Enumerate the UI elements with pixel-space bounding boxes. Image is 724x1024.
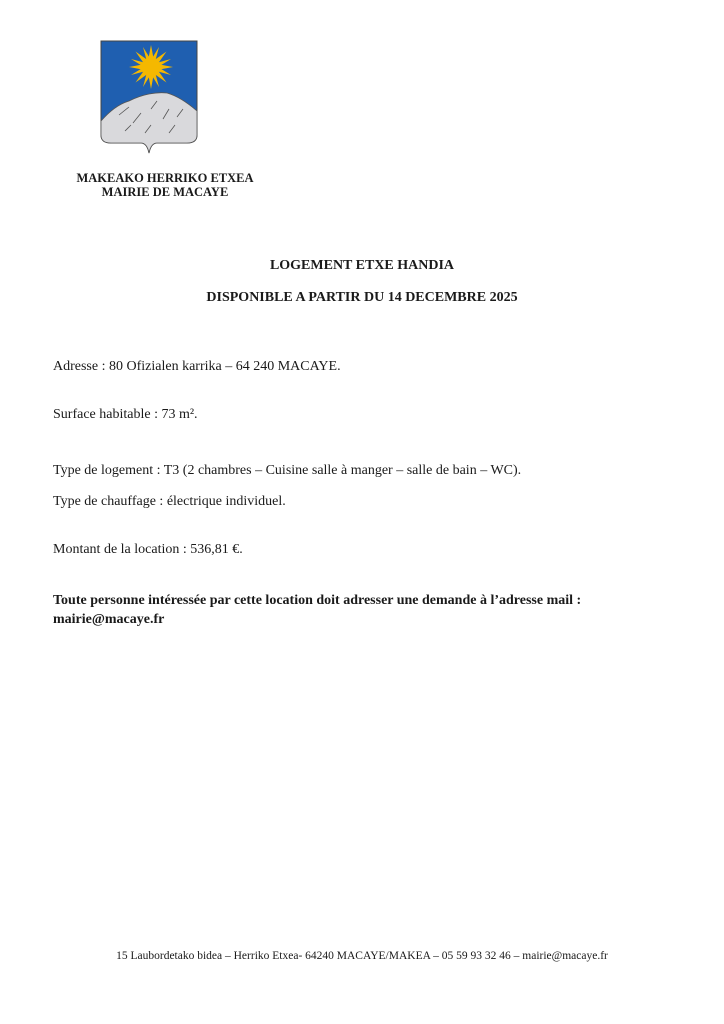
org-name-basque: MAKEAKO HERRIKO ETXEA [50, 171, 280, 186]
rent-line: Montant de la location : 536,81 €. [53, 542, 243, 558]
address-line: Adresse : 80 Ofizialen karrika – 64 240 … [53, 359, 341, 375]
document-title: LOGEMENT ETXE HANDIA [0, 258, 724, 274]
macaye-coat-of-arms-icon [99, 39, 199, 155]
notice-text: Toute personne intéressée par cette loca… [53, 591, 653, 610]
heating-type-line: Type de chauffage : électrique individue… [53, 494, 286, 510]
notice-email[interactable]: mairie@macaye.fr [53, 610, 653, 629]
surface-line: Surface habitable : 73 m². [53, 407, 198, 423]
contact-notice: Toute personne intéressée par cette loca… [53, 591, 653, 629]
org-name-french: MAIRIE DE MACAYE [50, 185, 280, 200]
housing-type-line: Type de logement : T3 (2 chambres – Cuis… [53, 463, 521, 479]
footer-contact: 15 Laubordetako bidea – Herriko Etxea- 6… [0, 950, 724, 962]
availability-date: DISPONIBLE A PARTIR DU 14 DECEMBRE 2025 [0, 290, 724, 306]
